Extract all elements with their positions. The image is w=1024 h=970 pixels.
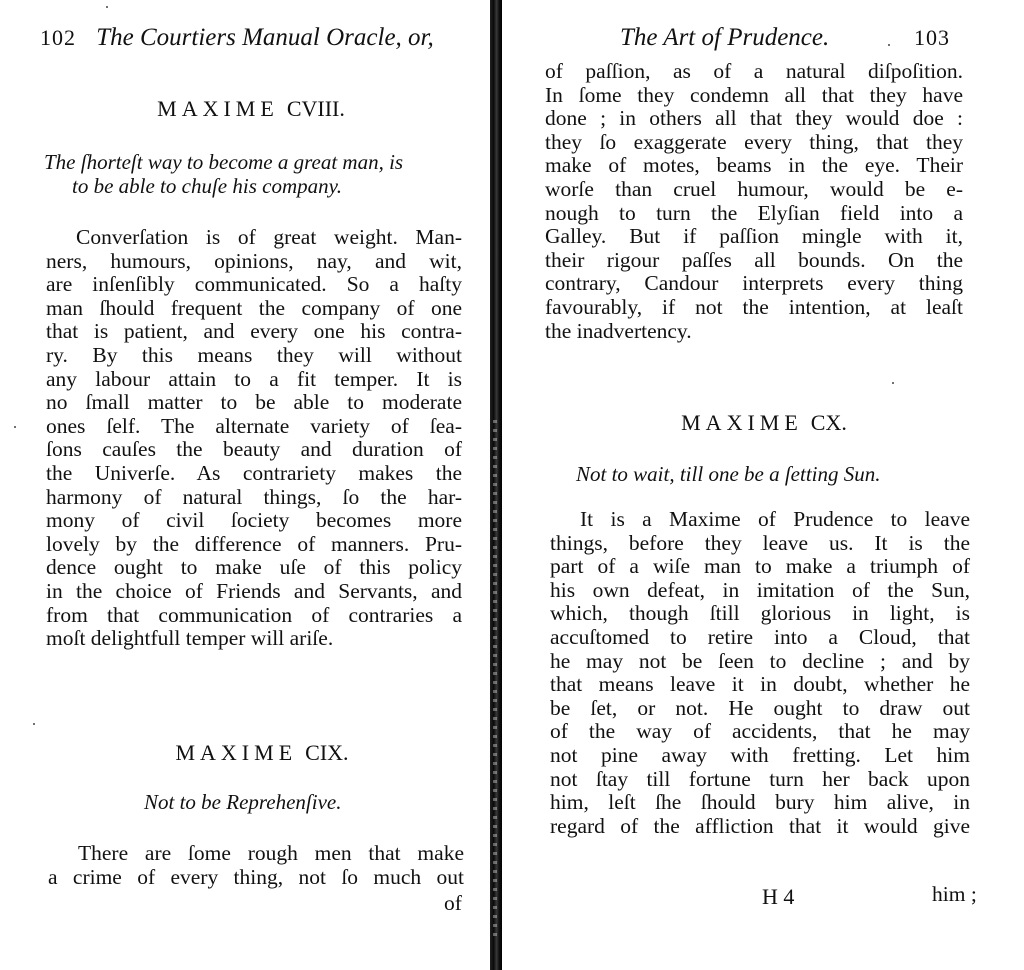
body-line: things, before they leave us. It is the	[550, 532, 970, 556]
body-line: a crime of every thing, not ſo much out	[48, 866, 464, 890]
running-head-left: 102 The Courtiers Manual Oracle, or,	[40, 24, 434, 52]
body-line: their rigour paſſes all bounds. On the	[545, 249, 963, 273]
body-line: that means leave it in doubt, whether he	[550, 673, 970, 697]
body-line: There are ſome rough men that make	[48, 842, 464, 866]
body-line: moſt delightfull temper will ariſe.	[46, 627, 462, 651]
maxim-label: MAXIME	[157, 96, 279, 121]
running-head-title: The Courtiers Manual Oracle, or,	[96, 24, 434, 51]
body-line: be ſet, or not. He ought to draw out	[550, 697, 970, 721]
left-page: 102 The Courtiers Manual Oracle, or, MAX…	[0, 0, 490, 970]
catchword: him ;	[932, 882, 977, 907]
body-line: part of a wiſe man to make a triumph of	[550, 555, 970, 579]
body-line: not ſtay till fortune turn her back upon	[550, 768, 970, 792]
maxim-number: CVIII.	[287, 96, 345, 121]
body-line: Converſation is of great weight. Man-	[46, 226, 462, 250]
body-line: man ſhould frequent the company of one	[46, 297, 462, 321]
body-line: him, leſt ſhe ſhould bury him alive, in	[550, 791, 970, 815]
body-line: not pine away with fretting. Let him	[550, 744, 970, 768]
maxim-body: There are ſome rough men that make a cri…	[48, 842, 464, 889]
body-line: ſons cauſes the beauty and duration of	[46, 438, 462, 462]
body-line: favourably, if not the intention, at lea…	[545, 296, 963, 320]
body-line: Galley. But if paſſion mingle with it,	[545, 225, 963, 249]
body-line: which, though ſtill glorious in light, i…	[550, 602, 970, 626]
body-line: done ; in others all that they would doe…	[545, 107, 963, 131]
body-line: contrary, Candour interprets every thing	[545, 272, 963, 296]
body-line: regard of the affliction that it would g…	[550, 815, 970, 839]
body-line: It is a Maxime of Prudence to leave	[550, 508, 970, 532]
maxim-label: MAXIME	[175, 740, 297, 765]
body-line: the inadvertency.	[545, 320, 963, 344]
body-line: ry. By this means they will without	[46, 344, 462, 368]
body-line: worſe than cruel humour, would be e-	[545, 178, 963, 202]
maxim-heading: MAXIMECX.	[654, 410, 874, 436]
body-line: they ſo exaggerate every thing, that the…	[545, 131, 963, 155]
body-line: the Univerſe. As contrariety makes the	[46, 462, 462, 486]
body-line: are inſenſibly communicated. So a haſty	[46, 273, 462, 297]
maxim-subtitle-line-2: to be able to chuſe his company.	[72, 174, 342, 199]
body-line: lovely by the difference of manners. Pru…	[46, 533, 462, 557]
body-line: mony of civil ſociety becomes more	[46, 509, 462, 533]
page-number: 102	[40, 25, 76, 50]
maxim-subtitle-line-1: The ſhorteſt way to become a great man, …	[44, 150, 403, 175]
maxim-number: CIX.	[305, 740, 348, 765]
maxim-heading: MAXIMECIX.	[152, 740, 372, 766]
body-line: ners, humours, opinions, nay, and wit,	[46, 250, 462, 274]
body-line: in the choice of Friends and Servants, a…	[46, 580, 462, 604]
catchword: of	[444, 891, 462, 916]
body-line: accuſtomed to retire into a Cloud, that	[550, 626, 970, 650]
body-line: make of motes, beams in the eye. Their	[545, 154, 963, 178]
running-head-right: 103	[914, 24, 950, 52]
maxim-label: MAXIME	[681, 410, 803, 435]
body-line: of paſſion, as of a natural diſpoſition.	[545, 60, 963, 84]
book-gutter	[490, 0, 502, 970]
body-line: he may not be ſeen to decline ; and by	[550, 650, 970, 674]
continuation-body: of paſſion, as of a natural diſpoſition.…	[545, 60, 963, 343]
maxim-body: Converſation is of great weight. Man- ne…	[46, 226, 462, 651]
body-line: nough to turn the Elyſian field into a	[545, 202, 963, 226]
signature-mark: H 4	[762, 884, 794, 910]
body-line: his own defeat, in imitation of the Sun,	[550, 579, 970, 603]
body-line: that is patient, and every one his contr…	[46, 320, 462, 344]
body-line: any labour attain to a fit temper. It is	[46, 368, 462, 392]
body-line: dence ought to make uſe of this policy	[46, 556, 462, 580]
maxim-subtitle: Not to wait, till one be a ſetting Sun.	[576, 462, 881, 487]
maxim-number: CX.	[811, 410, 847, 435]
body-line: ones ſelf. The alternate variety of ſea-	[46, 415, 462, 439]
body-line: In ſome they condemn all that they have	[545, 84, 963, 108]
body-line: from that communication of contraries a	[46, 604, 462, 628]
body-line: harmony of natural things, ſo the har-	[46, 486, 462, 510]
body-line: of the way of accidents, that he may	[550, 720, 970, 744]
right-page: The Art of Prudence. 103 of paſſion, as …	[502, 0, 1024, 970]
maxim-heading: MAXIMECVIII.	[136, 96, 366, 122]
maxim-body: It is a Maxime of Prudence to leave thin…	[550, 508, 970, 838]
page-number: 103	[914, 25, 950, 50]
maxim-subtitle: Not to be Reprehenſive.	[144, 790, 342, 815]
running-head-title: The Art of Prudence.	[620, 24, 829, 52]
body-line: no ſmall matter to be able to moderate	[46, 391, 462, 415]
